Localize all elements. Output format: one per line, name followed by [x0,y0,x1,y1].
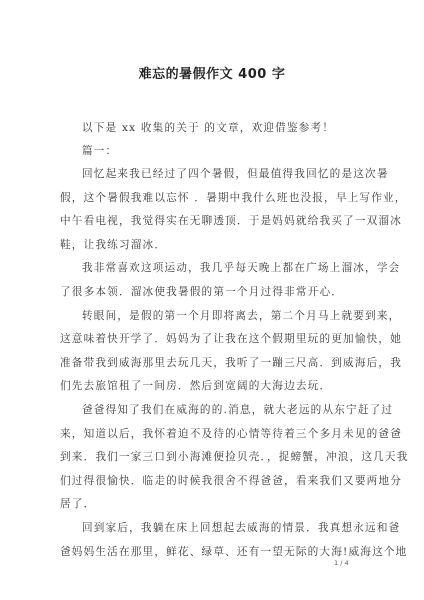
paragraph-line: 回到家后，我躺在床上回想起去威海的情景．我真想永远和爸 [82,521,352,535]
section-label: 篇一： [82,144,352,158]
paragraph-line: 假，这个暑假我难以忘怀 ．暑期中我什么班也没报，早上写作业， [60,191,330,205]
paragraph-line: 这意味着快开学了．妈妈为了让我在这个假期里玩的更加愉快，她 [60,332,330,346]
document-title: 难忘的暑假作文 400 字 [0,63,424,82]
paragraph-line: 爸妈妈生活在那里，鲜花、绿草、还有一望无际的大海!威海这个地 [60,545,330,559]
paragraph-line: 中午看电视，我觉得实在无聊透顶．于是妈妈就给我买了一双溜冰 [60,214,330,228]
paragraph-line: 我非常喜欢这项运动，我几乎每天晚上都在广场上溜冰，学会 [82,261,352,275]
paragraph-line: 了很多本领．溜冰使我暑假的第一个月过得非常开心． [60,285,330,299]
paragraph-line: 到来．我们一家三口到小海滩便捡贝壳．，捉螃蟹，冲浪，这几天我 [60,450,330,464]
paragraph-line: 鞋，让我练习溜冰． [60,238,330,252]
document-page: 难忘的暑假作文 400 字 以下是 xx 收集的关于 的文章，欢迎借鉴参考！ 篇… [0,0,424,600]
paragraph-line: 准备带我到威海那里去玩几天，我听了一蹦三尺高．到威海后，我 [60,356,330,370]
intro-text: 以下是 xx 收集的关于 的文章，欢迎借鉴参考！ [82,121,352,135]
paragraph-line: 们过得很愉快．临走的时候我很舍不得爸爸，看来我们又要两地分 [60,474,330,488]
page-number: 1 / 4 [334,559,349,567]
paragraph-line: 转眼间，是假的第一个月即将离去，第二个月马上就要到来， [82,309,352,323]
paragraph-line: 居了． [60,497,330,511]
paragraph-line: 来，知道以后，我怀着迫不及待的心情等待着三个多月未见的爸爸 [60,427,330,441]
paragraph-line: 回忆起来我已经过了四个暑假，但最值得我回忆的是这次暑 [82,167,352,181]
paragraph-line: 们先去旅馆租了一间房．然后到宽阔的大海边去玩． [60,379,330,393]
paragraph-line: 爸爸得知了我们在威海的的.消息，就大老远的从东宁赶了过 [82,403,352,417]
